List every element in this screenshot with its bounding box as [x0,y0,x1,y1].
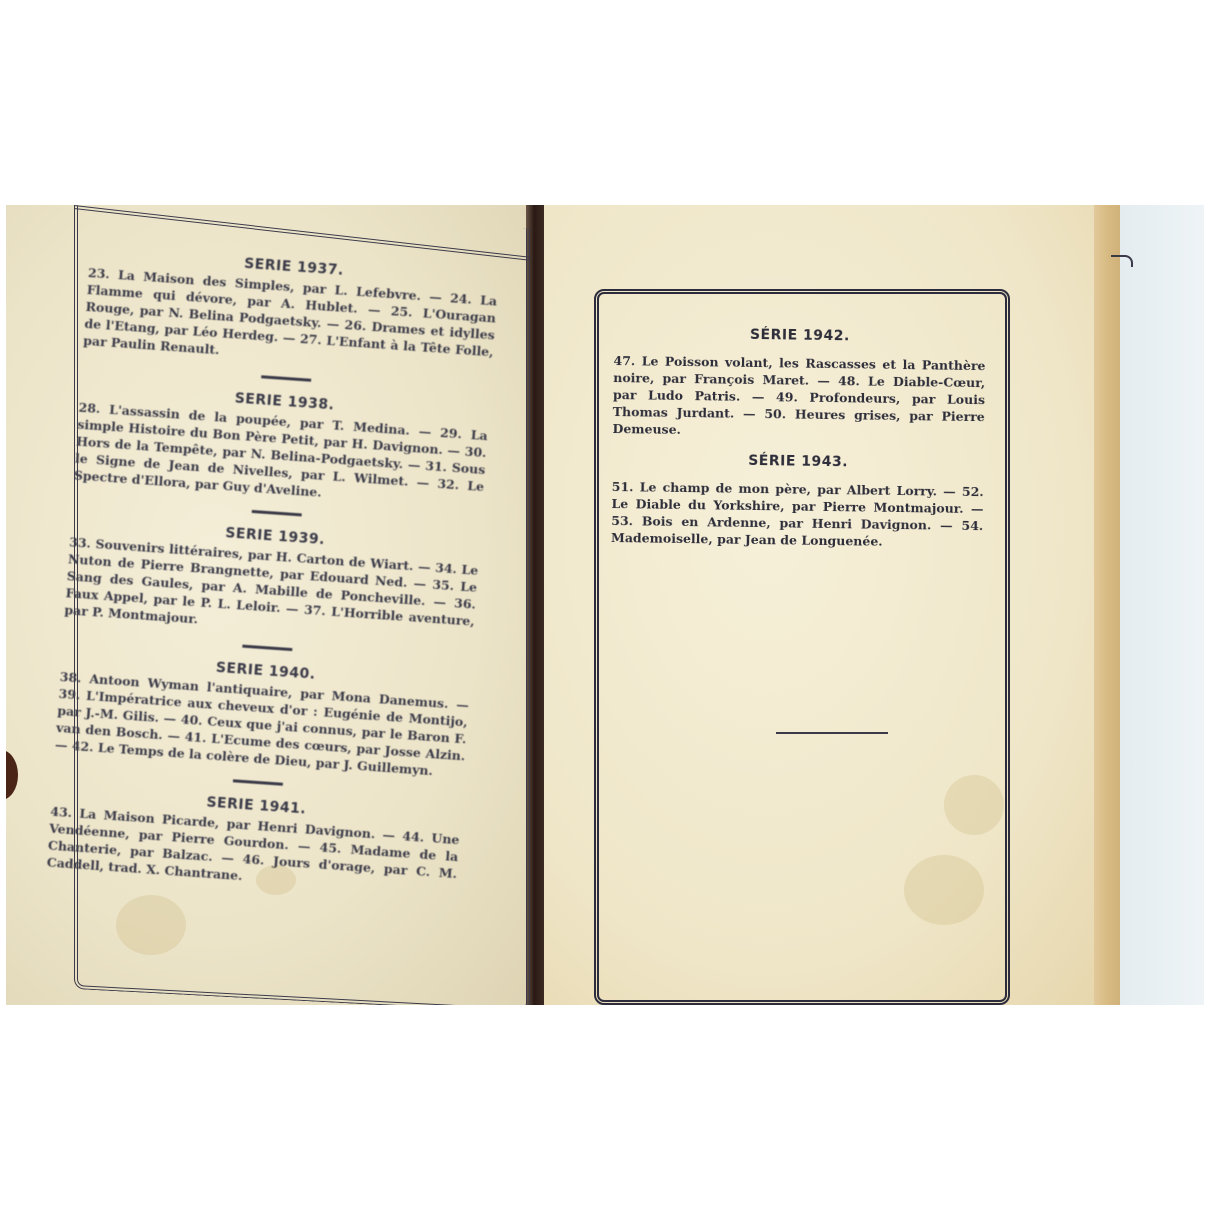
series-list: 47. Le Poisson volant, les Rascasses et … [612,352,985,442]
thumb [6,750,18,800]
binding-thread [1111,255,1133,267]
section-divider [233,779,283,785]
series-1942: SÉRIE 1942. 47. Le Poisson volant, les R… [612,325,986,442]
series-1943: SÉRIE 1943. 51. Le champ de mon père, pa… [611,451,984,551]
right-page-text: SÉRIE 1942. 47. Le Poisson volant, les R… [611,325,986,565]
series-1938: SERIE 1938. 28. L'assassin de la poupée,… [73,380,489,512]
series-list: 51. Le champ de mon père, par Albert Lor… [611,478,984,551]
page-edges [1094,205,1120,1005]
open-book-photo: SERIE 1937. 23. La Maison des Simples, p… [6,205,1204,1005]
end-rule [776,732,888,734]
section-divider [242,645,292,651]
section-divider [252,510,302,516]
series-title: SÉRIE 1943. [612,451,984,473]
series-1941: SERIE 1941. 43. La Maison Picarde, par H… [46,784,461,899]
series-1939: SERIE 1939. 33. Souvenirs littéraires, p… [64,514,480,646]
section-divider [261,375,311,381]
left-page-text: SERIE 1937. 23. La Maison des Simples, p… [45,245,499,913]
series-1940: SERIE 1940. 38. Antoon Wyman l'antiquair… [54,649,470,781]
background-surface [1118,205,1204,1005]
